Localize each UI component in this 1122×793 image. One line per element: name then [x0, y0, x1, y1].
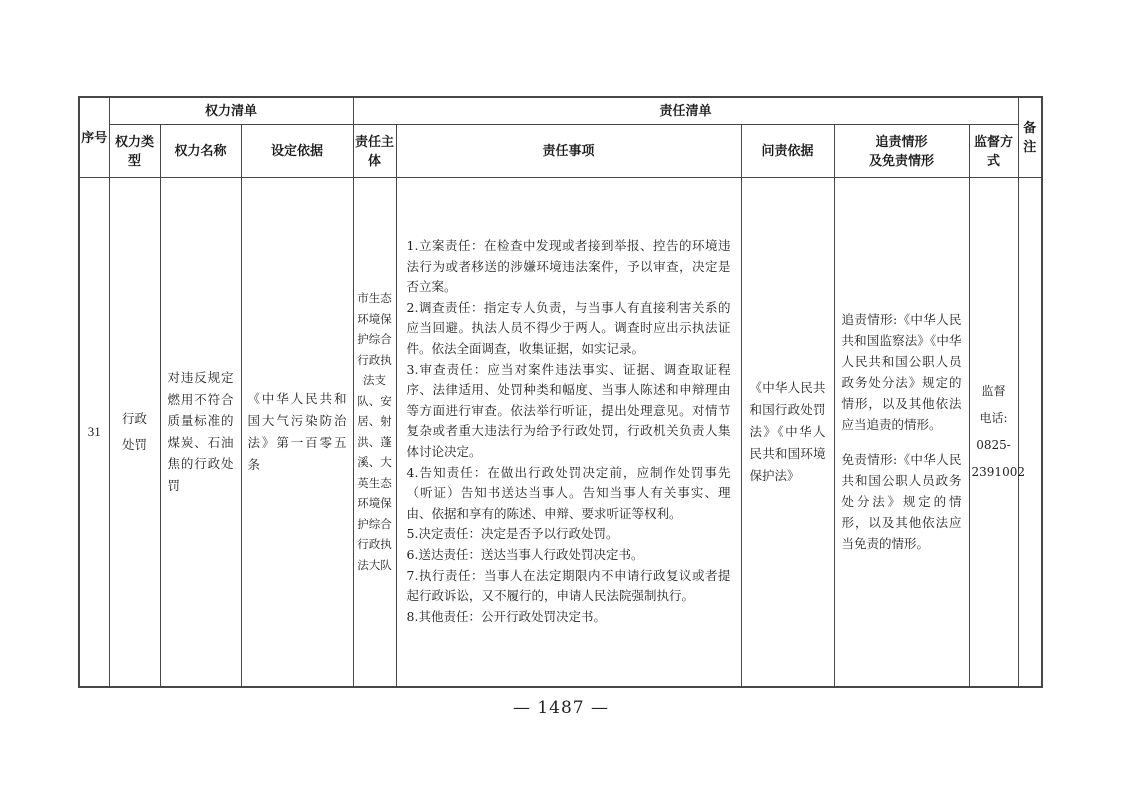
cell-power-type: 行政处罚 — [109, 177, 160, 687]
pursuit-situations: 追责情形:《中华人民共和国监察法》《中华人民共和国公职人员政务处分法》规定的情形… — [842, 309, 962, 435]
exemption-situations: 免责情形:《中华人民共和国公职人员政务处分法》规定的情形，以及其他依法应当免责的… — [842, 449, 962, 554]
document-page: 序号 权力清单 责任清单 备注 权力类型 权力名称 设定依据 责任主体 责任事项… — [0, 0, 1122, 793]
header-remark: 备注 — [1018, 97, 1042, 177]
duty-item-2: 2.调查责任：指定专人负责，与当事人有直接利害关系的应当回避。执法人员不得少于两… — [407, 298, 731, 360]
supervision-line-4: 2391002 — [972, 459, 1016, 486]
header-pursuit-line2: 及免责情形 — [836, 151, 968, 170]
header-pursuit-exemption: 追责情形 及免责情形 — [834, 124, 969, 177]
header-duty-list: 责任清单 — [353, 97, 1018, 124]
header-duty-items: 责任事项 — [396, 124, 741, 177]
power-duty-list-table: 序号 权力清单 责任清单 备注 权力类型 权力名称 设定依据 责任主体 责任事项… — [78, 96, 1043, 688]
duty-item-1: 1.立案责任：在检查中发现或者接到举报、控告的环境违法行为或者移送的涉嫌环境违法… — [407, 236, 731, 298]
duty-item-5: 5.决定责任：决定是否予以行政处罚。 — [407, 524, 731, 545]
header-power-list: 权力清单 — [109, 97, 353, 124]
table-row: 31 行政处罚 对违反规定燃用不符合质量标准的煤炭、石油焦的行政处罚 《中华人民… — [79, 177, 1042, 687]
header-power-name: 权力名称 — [160, 124, 241, 177]
header-legal-basis: 设定依据 — [241, 124, 353, 177]
duty-item-7: 7.执行责任：当事人在法定期限内不申请行政复议或者提起行政诉讼，又不履行的，申请… — [407, 566, 731, 607]
header-power-type: 权力类型 — [109, 124, 160, 177]
page-number: — 1487 — — [0, 698, 1122, 718]
cell-power-name: 对违反规定燃用不符合质量标准的煤炭、石油焦的行政处罚 — [160, 177, 241, 687]
cell-accountability-basis: 《中华人民共和国行政处罚法》《中华人民共和国环境保护法》 — [741, 177, 834, 687]
header-pursuit-line1: 追责情形 — [836, 132, 968, 151]
duty-item-4: 4.告知责任：在做出行政处罚决定前，应制作处罚事先（听证）告知书送达当事人。告知… — [407, 463, 731, 525]
header-supervision: 监督方式 — [969, 124, 1018, 177]
duty-item-6: 6.送达责任：送达当事人行政处罚决定书。 — [407, 545, 731, 566]
header-accountability-basis: 问责依据 — [741, 124, 834, 177]
duty-item-8: 8.其他责任：公开行政处罚决定书。 — [407, 607, 731, 628]
cell-pursuit-exemption: 追责情形:《中华人民共和国监察法》《中华人民共和国公职人员政务处分法》规定的情形… — [834, 177, 969, 687]
cell-supervision: 监督 电话: 0825- 2391002 — [969, 177, 1018, 687]
duty-item-3: 3.审查责任：应当对案件违法事实、证据、调查取证程序、法律适用、处罚种类和幅度、… — [407, 360, 731, 463]
supervision-line-3: 0825- — [972, 432, 1016, 459]
header-seq: 序号 — [79, 97, 109, 177]
cell-responsible-subject: 市生态环境保护综合行政执法支队、安居、射洪、蓬溪、大英生态环境保护综合行政执法大… — [353, 177, 396, 687]
supervision-line-1: 监督 — [972, 378, 1016, 405]
supervision-line-2: 电话: — [972, 405, 1016, 432]
cell-remark — [1018, 177, 1042, 687]
cell-duty-items: 1.立案责任：在检查中发现或者接到举报、控告的环境违法行为或者移送的涉嫌环境违法… — [396, 177, 741, 687]
header-duty-subject: 责任主体 — [353, 124, 396, 177]
cell-legal-basis: 《中华人民共和国大气污染防治法》第一百零五条 — [241, 177, 353, 687]
cell-seq: 31 — [79, 177, 109, 687]
